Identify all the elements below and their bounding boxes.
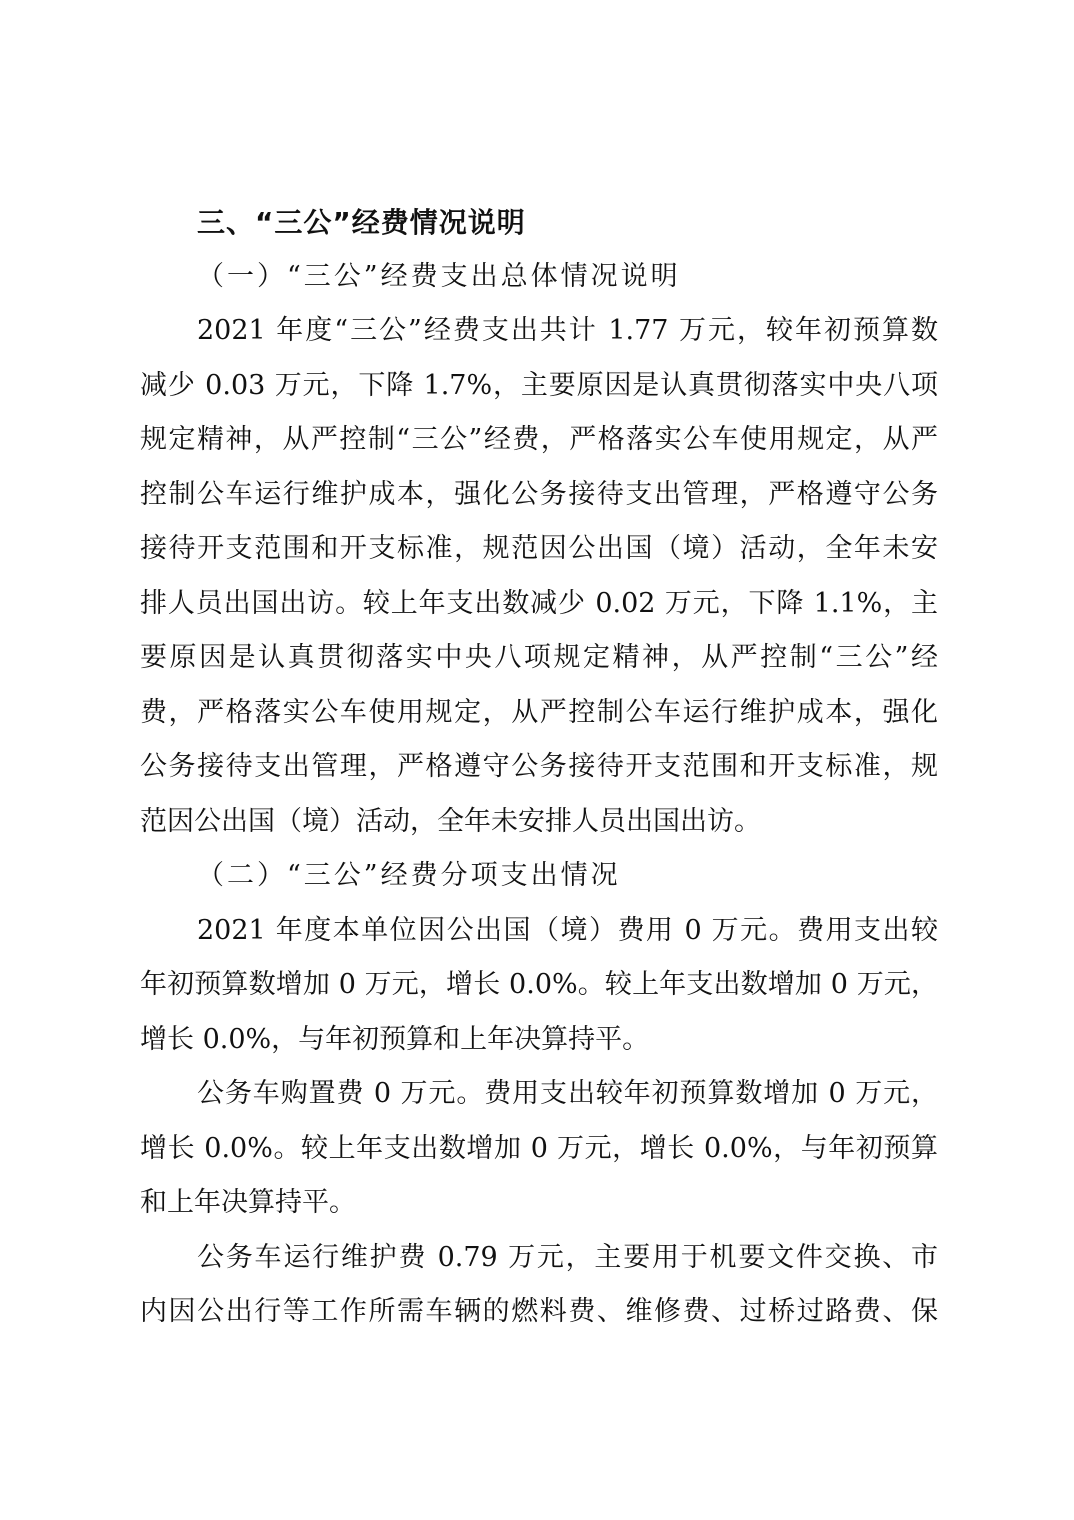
text-line: 增长 0.0%。较上年支出数增加 0 万元，增长 0.0%，与年初预算 [140, 1129, 938, 1169]
subsection-1-title: （一）“三公”经费支出总体情况说明 [197, 257, 681, 297]
text-line: 费，严格落实公车使用规定，从严控制公车运行维护成本，强化 [140, 693, 938, 733]
text-line: 公务车运行维护费 0.79 万元，主要用于机要文件交换、市 [197, 1238, 938, 1278]
text-line: 内因公出行等工作所需车辆的燃料费、维修费、过桥过路费、保 [140, 1292, 938, 1332]
text-line: 2021 年度本单位因公出国（境）费用 0 万元。费用支出较 [197, 911, 938, 951]
text-line: 排人员出国出访。较上年支出数减少 0.02 万元，下降 1.1%，主 [140, 584, 938, 624]
text-line: 增长 0.0%，与年初预算和上年决算持平。 [140, 1020, 938, 1060]
text-line: 接待开支范围和开支标准，规范因公出国（境）活动，全年未安 [140, 529, 938, 569]
text-line: 公务车购置费 0 万元。费用支出较年初预算数增加 0 万元， [197, 1074, 938, 1114]
text-line: 减少 0.03 万元，下降 1.7%，主要原因是认真贯彻落实中央八项 [140, 366, 938, 406]
text-line: 和上年决算持平。 [140, 1183, 938, 1223]
text-line: 年初预算数增加 0 万元，增长 0.0%。较上年支出数增加 0 万元， [140, 965, 938, 1005]
text-line: 2021 年度“三公”经费支出共计 1.77 万元，较年初预算数 [197, 311, 938, 351]
section-title: 三、“三公”经费情况说明 [197, 203, 526, 243]
text-line: 规定精神，从严控制“三公”经费，严格落实公车使用规定，从严 [140, 420, 938, 460]
subsection-2-title: （二）“三公”经费分项支出情况 [197, 856, 621, 896]
text-line: 要原因是认真贯彻落实中央八项规定精神，从严控制“三公”经 [140, 638, 938, 678]
text-line: 公务接待支出管理，严格遵守公务接待开支范围和开支标准，规 [140, 747, 938, 787]
document-page: 三、“三公”经费情况说明 （一）“三公”经费支出总体情况说明 2021 年度“三… [0, 0, 1074, 1520]
text-line: 控制公车运行维护成本，强化公务接待支出管理，严格遵守公务 [140, 475, 938, 515]
text-line: 范因公出国（境）活动，全年未安排人员出国出访。 [140, 802, 938, 842]
